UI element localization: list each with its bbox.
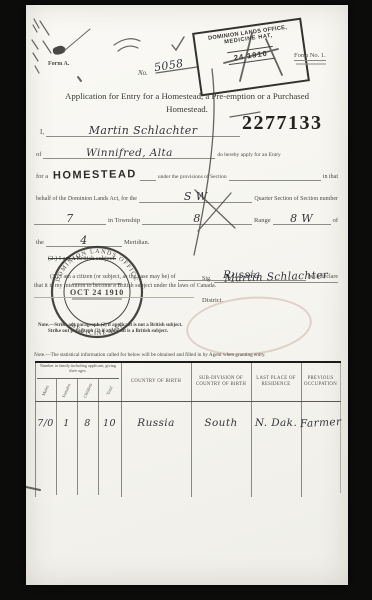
- section-provision-field: [229, 167, 321, 181]
- cell-total: 10: [98, 407, 121, 429]
- entry-no-value: 5058: [153, 57, 184, 74]
- table-vline: [340, 363, 341, 493]
- signature-field: Martin Schlachter: [214, 269, 338, 283]
- subheader-males: Males: [35, 379, 56, 401]
- residence-value: Winnifred, Alta: [43, 147, 215, 159]
- note-statistical: Note.—The statistical information called…: [34, 352, 266, 358]
- subheader-total: Total: [98, 379, 121, 401]
- print-code-smudge: [296, 63, 326, 65]
- quarter-section-value: S W: [139, 190, 252, 203]
- col-previous-occupation: PREVIOUS OCCUPATION: [301, 363, 340, 401]
- provisions-text: under the provisions of Section: [156, 174, 229, 181]
- township-label: in Township: [106, 217, 142, 225]
- sig-label: Sig.: [200, 276, 214, 283]
- entry-no-label: No.: [138, 69, 148, 77]
- received-stamp-date: 24 1910: [227, 46, 274, 65]
- for-a-label: for a: [34, 173, 50, 181]
- cell-subdivision: South: [191, 407, 251, 429]
- col-country-of-birth: COUNTRY OF BIRTH: [121, 363, 191, 401]
- district-left-rule: [34, 289, 194, 298]
- cell-males: 7/0: [35, 407, 56, 429]
- residence-field: Winnifred, Alta: [43, 145, 215, 159]
- form-no-label: Form No. 1.: [294, 52, 326, 61]
- entry-type-stamp: HOMESTEAD: [50, 168, 140, 182]
- township-field: 8: [142, 211, 252, 225]
- document-paper: Form A. No. 5058 DOMINION LANDS OFFICE, …: [26, 5, 348, 585]
- cell-children: 8: [77, 407, 98, 429]
- township-value: 8: [142, 212, 252, 225]
- statistics-table: Number in family including applicant, gi…: [35, 361, 341, 501]
- quarter-text: Quarter Section of Section number: [252, 196, 340, 203]
- entry-type-field-rule: [140, 167, 156, 181]
- scanned-document-page: { "page": { "header": { "form_a": "Form …: [0, 0, 372, 600]
- of-suffix-label: of: [331, 217, 340, 225]
- cell-last-residence: N. Dak.: [251, 407, 301, 429]
- document-title-line1: Application for Entry for a Homestead, a…: [34, 91, 340, 101]
- family-group-header: Number in family including applicant, gi…: [36, 364, 120, 373]
- applicant-name-field: Martin Schlachter: [46, 123, 240, 137]
- col-subdivision: SUB-DIVISION OF COUNTRY OF BIRTH: [191, 363, 251, 401]
- section-number-field: 7: [34, 211, 106, 225]
- table-header-rule: [35, 401, 341, 402]
- of-label: of: [34, 151, 43, 159]
- note-strike-line2: Strike out paragraph (3) if applicant is…: [48, 329, 168, 335]
- behalf-text: behalf of the Dominion Lands Act, for th…: [34, 196, 139, 203]
- quarter-section-field: S W: [139, 189, 252, 203]
- subheader-females: Females: [56, 379, 77, 401]
- serial-number: 2277133: [242, 112, 323, 135]
- range-label: Range: [252, 217, 273, 225]
- cell-occupation: Farmer: [301, 407, 340, 429]
- range-field: 8 W: [273, 211, 331, 225]
- section-number-value: 7: [34, 212, 106, 225]
- form-a-label: Form A.: [48, 61, 69, 67]
- applicant-name-value: Martin Schlachter: [46, 124, 240, 137]
- in-that-label: in that: [321, 174, 340, 181]
- signature-value: Martin Schlachter: [213, 269, 338, 285]
- received-stamp: DOMINION LANDS OFFICE, MEDICINE HAT, 24 …: [192, 18, 310, 97]
- cell-country-of-birth: Russia: [121, 407, 191, 429]
- range-value: 8 W: [273, 212, 331, 225]
- apply-text: do hereby apply for an Entry: [215, 152, 282, 159]
- i-label: I,: [38, 128, 46, 137]
- cell-females: 1: [56, 407, 77, 429]
- subheader-children: Children: [77, 379, 98, 401]
- col-last-residence: LAST PLACE OF RESIDENCE: [251, 363, 301, 401]
